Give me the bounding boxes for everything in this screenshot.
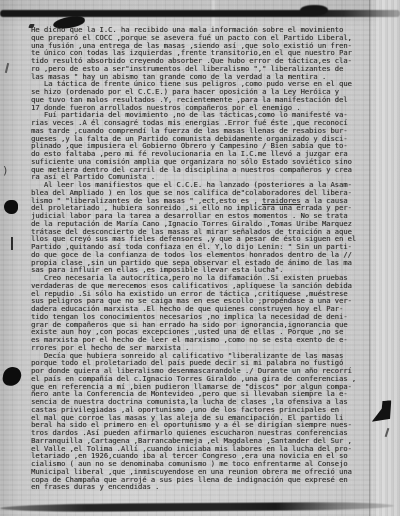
scanned-document-page: ) He dicho que la I.C. ha recibido una m… — [0, 0, 400, 516]
scan-artifact-top-band — [0, 10, 400, 17]
margin-ink-blob — [2, 366, 23, 388]
margin-bar-mark — [11, 237, 13, 250]
margin-paren-mark: ) — [2, 164, 9, 177]
margin-slash-mark — [5, 63, 9, 73]
margin-ink-blob — [4, 200, 18, 214]
text-line: en frases duras y encendidas . — [31, 483, 376, 491]
typewritten-text: He dicho que la I.C. ha recibido una mal… — [31, 26, 376, 491]
scan-artifact-bottom-band — [0, 502, 394, 512]
